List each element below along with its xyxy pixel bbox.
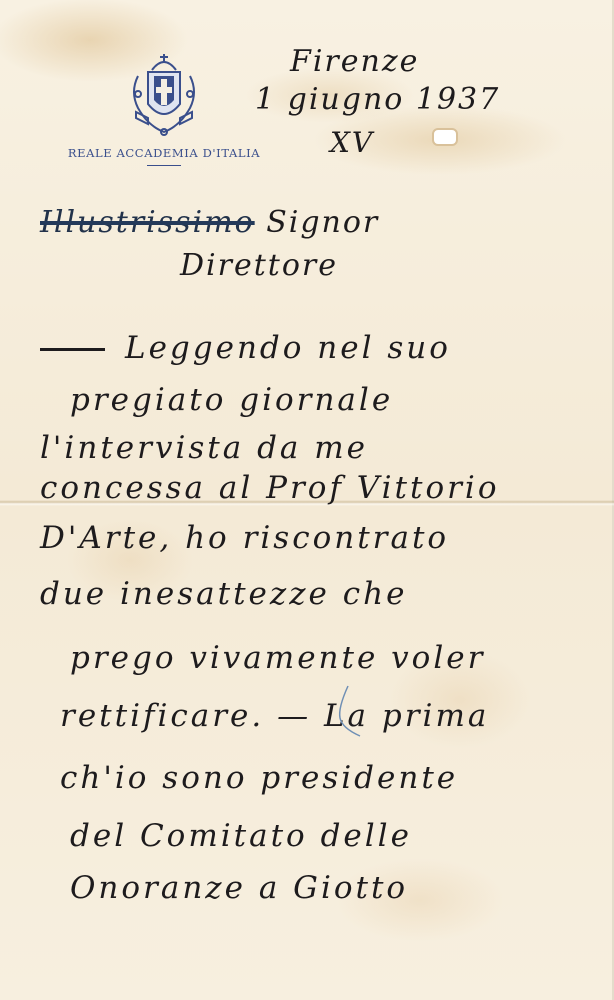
salutation-title: Signor xyxy=(266,205,379,240)
savoy-crest-icon xyxy=(128,52,200,138)
body-line: prego vivamente voler xyxy=(70,640,485,676)
letter-page: REALE ACCADEMIA D'ITALIA Firenze 1 giugn… xyxy=(0,0,614,1000)
body-line: pregiato giornale xyxy=(70,382,393,418)
paragraph-dash xyxy=(40,348,105,351)
body-line: Onoranze a Giotto xyxy=(70,870,408,906)
body-line-text: Leggendo nel suo xyxy=(125,330,451,366)
paper-tear-mark xyxy=(432,128,458,146)
letterhead-rule xyxy=(147,165,181,166)
body-line: ch'io sono presidente xyxy=(60,760,458,796)
salutation-line: Illustrissimo Signor xyxy=(40,205,379,240)
letter-date: 1 giugno 1937 xyxy=(255,82,500,117)
letter-fascist-era-year: XV xyxy=(330,126,374,159)
pencil-bracket-mark xyxy=(334,684,364,744)
body-line: l'intervista da me xyxy=(40,430,368,466)
body-line: del Comitato delle xyxy=(70,818,412,854)
body-line: D'Arte, ho riscontrato xyxy=(40,520,449,556)
body-line: due inesattezze che xyxy=(40,576,407,612)
body-line: rettificare. — La prima xyxy=(60,698,489,734)
struck-out-word: Illustrissimo xyxy=(40,205,255,240)
body-line: Leggendo nel suo xyxy=(40,330,451,366)
salutation-recipient: Direttore xyxy=(180,248,338,283)
letter-place: Firenze xyxy=(290,44,419,79)
body-line: concessa al Prof Vittorio xyxy=(40,470,500,506)
letterhead-institution: REALE ACCADEMIA D'ITALIA xyxy=(66,146,262,160)
